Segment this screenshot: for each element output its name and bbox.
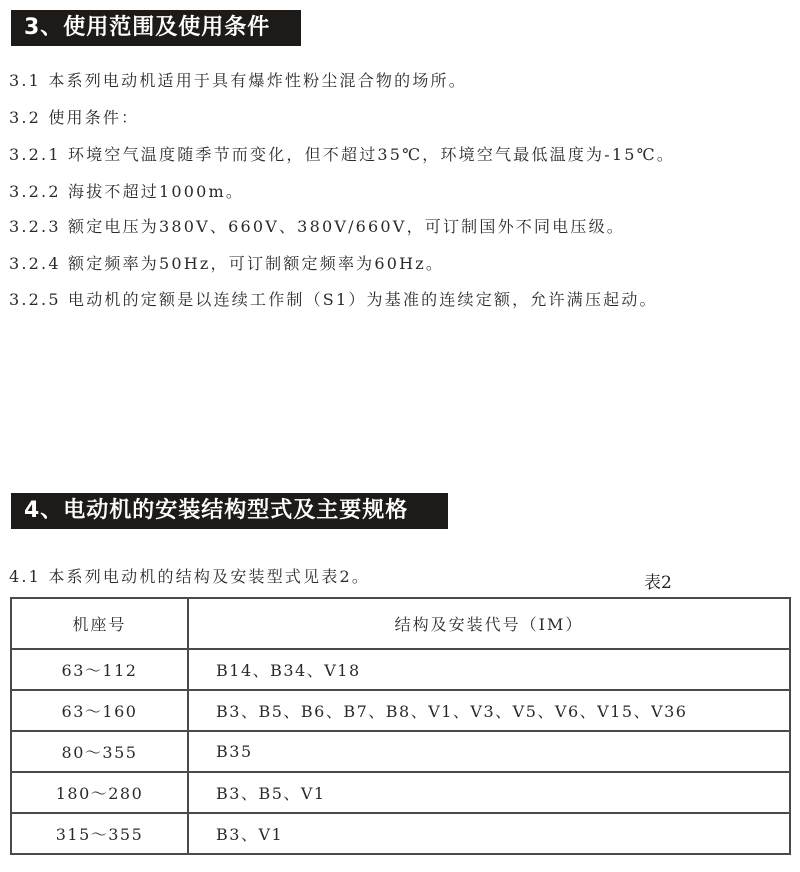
table-row: 180～280 B3、B5、V1	[11, 772, 790, 813]
im-code-cell: B14、B34、V18	[188, 649, 790, 690]
frame-size-cell: 63～112	[11, 649, 188, 690]
frame-size-cell: 315～355	[11, 813, 188, 854]
frame-size-cell: 180～280	[11, 772, 188, 813]
im-code-cell: B3、B5、B6、B7、B8、V1、V3、V5、V6、V15、V36	[188, 690, 790, 731]
header-im-code: 结构及安装代号（IM）	[188, 598, 790, 649]
frame-size-cell: 63～160	[11, 690, 188, 731]
im-code-cell: B3、V1	[188, 813, 790, 854]
table-row: 315～355 B3、V1	[11, 813, 790, 854]
table-header-row: 机座号 结构及安装代号（IM）	[11, 598, 790, 649]
im-code-cell: B35	[188, 731, 790, 772]
paragraph-3-2-4: 3.2.4 额定频率为50Hz，可订制额定频率为60Hz。	[9, 254, 444, 274]
table-row: 80～355 B35	[11, 731, 790, 772]
im-code-cell: B3、B5、V1	[188, 772, 790, 813]
mounting-type-table: 机座号 结构及安装代号（IM） 63～112 B14、B34、V18 63～16…	[10, 597, 791, 855]
paragraph-3-2-1: 3.2.1 环境空气温度随季节而变化，但不超过35℃，环境空气最低温度为-15℃…	[9, 145, 675, 165]
section-3-heading: 3、使用范围及使用条件	[11, 10, 301, 46]
paragraph-4-1: 4.1 本系列电动机的结构及安装型式见表2。	[9, 567, 370, 587]
table-caption: 表2	[644, 568, 672, 593]
paragraph-3-2-2: 3.2.2 海拔不超过1000m。	[9, 182, 244, 202]
paragraph-3-2-5: 3.2.5 电动机的定额是以连续工作制（S1）为基准的连续定额，允许满压起动。	[9, 290, 658, 310]
frame-size-cell: 80～355	[11, 731, 188, 772]
table-row: 63～112 B14、B34、V18	[11, 649, 790, 690]
paragraph-3-1: 3.1 本系列电动机适用于具有爆炸性粉尘混合物的场所。	[9, 71, 467, 91]
table-row: 63～160 B3、B5、B6、B7、B8、V1、V3、V5、V6、V15、V3…	[11, 690, 790, 731]
paragraph-3-2-3: 3.2.3 额定电压为380V、660V、380V/660V，可订制国外不同电压…	[9, 217, 625, 237]
header-frame-size: 机座号	[11, 598, 188, 649]
section-4-heading: 4、电动机的安装结构型式及主要规格	[11, 493, 448, 529]
paragraph-3-2: 3.2 使用条件：	[9, 108, 139, 128]
